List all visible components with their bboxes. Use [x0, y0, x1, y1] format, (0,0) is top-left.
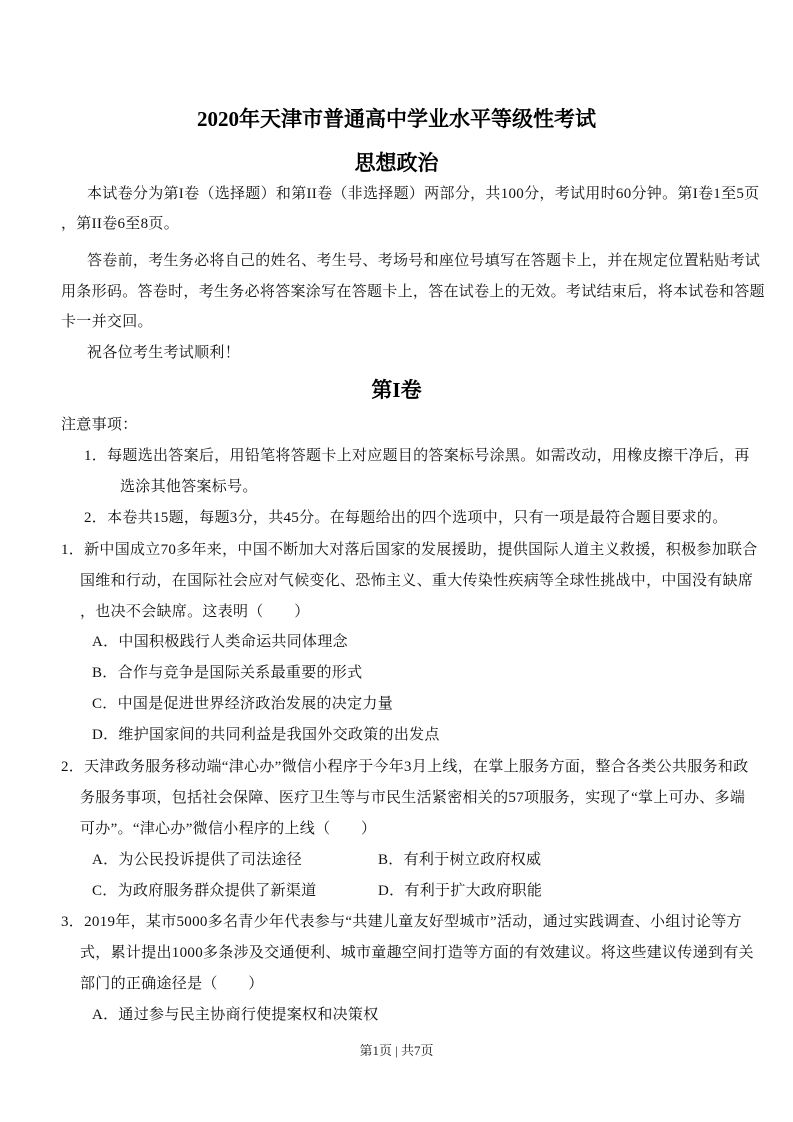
intro-para2-line3: 卡一并交回。 — [61, 312, 153, 332]
question-2-option-c[interactable]: C．为政府服务群众提供了新渠道 — [92, 881, 317, 901]
intro-para2-line1: 答卷前，考生务必将自己的姓名、考生号、考场号和座位号填写在答题卡上，并在规定位置… — [87, 251, 760, 271]
question-1-option-c[interactable]: C．中国是促进世界经济政治发展的决定力量 — [92, 694, 393, 714]
note-2-line1: 2．本卷共15题，每题3分，共45分。在每题给出的四个选项中，只有一项是最符合题… — [84, 508, 728, 528]
intro-para1-line1: 本试卷分为第I卷（选择题）和第II卷（非选择题）两部分，共100分，考试用时60… — [87, 184, 759, 204]
question-1-line3: ，也决不会缺席。这表明（ ） — [80, 602, 310, 622]
notes-label: 注意事项： — [61, 415, 138, 435]
exam-page: 2020年天津市普通高中学业水平等级性考试 思想政治 本试卷分为第I卷（选择题）… — [0, 0, 793, 1122]
page-footer: 第1页 | 共7页 — [0, 1040, 793, 1059]
section-title: 第I卷 — [0, 374, 793, 404]
exam-title: 2020年天津市普通高中学业水平等级性考试 — [0, 103, 793, 133]
note-1-line1: 1．每题选出答案后，用铅笔将答题卡上对应题目的答案标号涂黑。如需改动，用橡皮擦干… — [84, 446, 750, 466]
question-1-option-b[interactable]: B．合作与竞争是国际关系最重要的形式 — [92, 663, 362, 683]
note-1-line2: 选涂其他答案标号。 — [120, 477, 258, 497]
question-1-line1: 1．新中国成立70多年来，中国不断加大对落后国家的发展援助，提供国际人道主义救援… — [61, 540, 758, 560]
intro-para2-line2: 用条形码。答卷时，考生务必将答案涂写在答题卡上，答在试卷上的无效。考试结束后，将… — [61, 282, 765, 302]
question-2-option-a[interactable]: A．为公民投诉提供了司法途径 — [92, 850, 302, 870]
question-2-option-d[interactable]: D．有利于扩大政府职能 — [378, 881, 542, 901]
question-1-option-a[interactable]: A．中国积极践行人类命运共同体理念 — [92, 632, 348, 652]
question-2-line1: 2．天津政务服务移动端“津心办”微信小程序于今年3月上线，在掌上服务方面，整合各… — [61, 757, 748, 777]
question-2-line2: 务服务事项，包括社会保障、医疗卫生等与市民生活紧密相关的57项服务，实现了“掌上… — [80, 788, 745, 808]
question-2-option-b[interactable]: B．有利于树立政府权威 — [378, 850, 541, 870]
question-1-option-d[interactable]: D．维护国家间的共同利益是我国外交政策的出发点 — [92, 725, 440, 745]
question-3-line1: 3．2019年，某市5000多名青少年代表参与“共建儿童友好型城市”活动，通过实… — [61, 912, 742, 932]
question-3-line3: 部门的正确途径是（ ） — [80, 974, 264, 994]
question-1-line2: 国维和行动，在国际社会应对气候变化、恐怖主义、重大传染性疾病等全球性挑战中，中国… — [80, 571, 753, 591]
question-2-line3: 可办”。“津心办”微信小程序的上线（ ） — [80, 819, 376, 839]
subject-title: 思想政治 — [0, 147, 793, 177]
question-3-option-a[interactable]: A．通过参与民主协商行使提案权和决策权 — [92, 1005, 379, 1025]
wish-text: 祝各位考生考试顺利！ — [87, 343, 240, 363]
question-3-line2: 式，累计提出1000多条涉及交通便利、城市童趣空间打造等方面的有效建议。将这些建… — [80, 943, 754, 963]
intro-para1-line2: ，第II卷6至8页。 — [61, 214, 179, 234]
